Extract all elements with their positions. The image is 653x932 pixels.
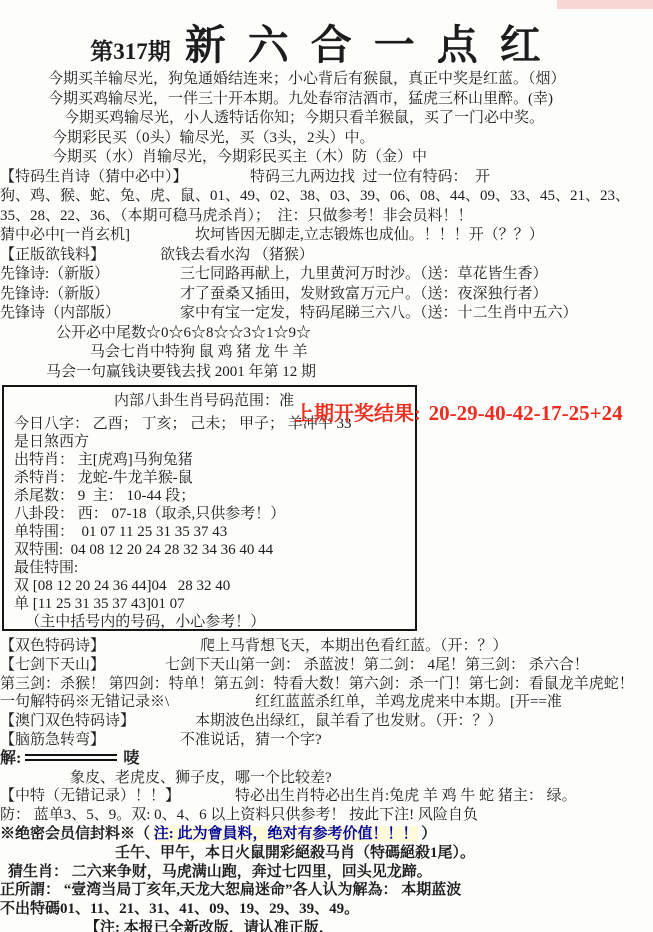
saying-line: 正所謂： “壹湾当局丁亥年,天龙大恕扁迷命”各人认为解為： 本期蓝波 <box>0 881 653 900</box>
bagua-line: 双 [08 12 20 24 36 44]04 28 32 40 <box>14 577 409 595</box>
brain-teaser-question: 不准说话，猜一个字? <box>180 732 322 748</box>
lucky-tails-line: 公开必中尾数☆0☆6☆8☆☆3☆1☆9☆ <box>0 324 653 344</box>
zhongte-row: 【中特（无错记录）！！】特必出生肖特必出生肖:兔虎 羊 鸡 牛 蛇 猪主： 绿。 <box>0 787 653 806</box>
one-xiao-label: 猜中必中[一肖玄机] <box>0 226 195 246</box>
seven-swords-row: 【七剑下天山】七剑下天山第一剑： 杀蓝波！第二剑： 4尾！第三剑： 杀六合！ <box>0 656 653 675</box>
bagua-line: （主中括号内的号码，小心参考！） <box>14 613 409 631</box>
brain-teaser-row: 【脑筋急转弯】不准说话，猜一个字? <box>0 731 653 750</box>
yuqian-row: 【正版欲钱料】欲钱去看水沟 （猪猴） <box>0 246 653 266</box>
one-xiao-verse: 坎坷皆因无脚走,立志锻炼也成仙。！！！开（？？） <box>195 227 544 243</box>
zhongte-label: 【中特（无错记录）！！】 <box>0 787 235 806</box>
zodiac-poem-row: 【特码生肖诗（猜中必中）】特码三九两边找 过一位有特码： 开 <box>0 168 653 188</box>
seven-swords-label: 【七剑下天山】 <box>0 656 165 675</box>
zhongte-line2: 防： 蓝单3、5、9。双: 0、4、6 以上资料只供参考！ 按此下注! 风险自负 <box>0 806 653 825</box>
macau-poem-label: 【澳门双色特码诗】 <box>0 712 195 731</box>
scan-smudge <box>557 0 653 9</box>
one-sentence-row: 一句解特码※无错记录※\红红蓝蓝杀红单，羊鸡龙虎来中本期。[开==准 <box>0 693 653 712</box>
excluded-numbers-line: 不出特碼01、11、21、31、41、09、19、29、39、49。 <box>0 900 653 919</box>
bagua-line: 是日煞西方 <box>14 433 409 451</box>
brain-teaser-label: 【脑筋急转弯】 <box>0 731 180 750</box>
page-title: 新六合一点红 <box>185 12 563 71</box>
bagua-line: 单 [11 25 31 35 37 43]01 07 <box>14 595 409 613</box>
bagua-line: 双特围: 04 08 12 20 24 28 32 34 36 40 44 <box>14 541 409 559</box>
zodiac-numbers-line: 狗、鸡、猴、蛇、兔、虎、鼠、01、49、02、38、03、39、06、08、44… <box>0 187 653 207</box>
bagua-line: 杀尾数： 9 主： 10-44 段； <box>14 487 409 505</box>
one-xiao-row: 猜中必中[一肖玄机]坎坷皆因无脚走,立志锻炼也成仙。！！！开（？？） <box>0 226 653 246</box>
intro-line: 今期彩民买（0头）输尽光，买（3头，2头）中。 <box>0 129 653 149</box>
pioneer-poem-row: 先锋诗:（新版）三七同路再献上，九里黄河万时沙。（送：草花皆生香） <box>0 265 653 285</box>
intro-line: 今期买鸡输尽光，小人透特话你知；今期只看羊猴鼠，买了一门必中奖。 <box>0 109 653 129</box>
member-note-prefix: ※绝密会员信封料※（ <box>0 826 154 842</box>
bagua-line: 最佳特围: <box>14 559 409 577</box>
zhongte-verse: 特必出生肖特必出生肖:兔虎 羊 鸡 牛 蛇 猪主： 绿。 <box>235 788 577 804</box>
pioneer-poem-verse: 才了蚕桑又插田，发财致富万元户。（送：夜深独行者） <box>180 286 548 302</box>
pioneer-poem-verse: 家中有宝一定发，特码尾睇三六八。（送：十二生肖中五六） <box>180 305 578 321</box>
intro-line: 今期买鸡输尽光，一伴三十开本期。九处春帘洁酒市，猛虎三杯山里醉。(幸) <box>0 90 653 110</box>
pioneer-poem-row: 先锋诗（内部版）家中有宝一定发，特码尾睇三六八。（送：十二生肖中五六） <box>0 304 653 324</box>
one-sentence-label: 一句解特码※无错记录※\ <box>0 693 255 712</box>
pioneer-poem-label: 先锋诗（内部版） <box>0 304 180 324</box>
bagua-line: 单特围： 01 07 11 25 31 35 37 43 <box>14 523 409 541</box>
yuqian-label: 【正版欲钱料】 <box>0 246 160 266</box>
footer-note: 【注: 本报已全新改版，请认准正版， <box>0 919 653 932</box>
pioneer-poem-label: 先锋诗:（新版） <box>0 265 180 285</box>
guess-zodiac-line: 猜生肖： 二六来争财，马虎满山跑，奔过七四里，回头见龙蹄。 <box>0 863 653 882</box>
brain-teaser-answer-row: 解:唛 <box>0 750 653 769</box>
brain-teaser-hint: 象皮、老虎皮、狮子皮，哪一个比较差? <box>0 769 653 788</box>
macau-poem-row: 【澳门双色特码诗】本期波色出绿红，鼠羊看了也发财。（开：？） <box>0 712 653 731</box>
seven-xiao-line: 马会七肖中特狗 鼠 鸡 猪 龙 牛 羊 <box>0 343 653 363</box>
two-color-poem-verse: 爬上马背想飞天，本期出色看红蓝。（开：？） <box>200 638 508 654</box>
seven-swords-verse: 七剑下天山第一剑： 杀蓝波！第二剑： 4尾！第三剑： 杀六合！ <box>165 657 589 673</box>
last-draw-result: 上期开奖结果:20-29-40-42-17-25+24 <box>294 397 623 426</box>
win-money-line: 马会一句赢钱诀要钱去找 2001 年第 12 期 <box>0 363 653 383</box>
macau-poem-verse: 本期波色出绿红，鼠羊看了也发财。（开：？） <box>195 713 503 729</box>
intro-line: 今期买羊输尽光，狗兔通婚结连来；小心背后有猴鼠，真正中奖是红蓝。（烟） <box>0 70 653 90</box>
answer-prefix: 解: <box>0 750 21 767</box>
top-section: 今期买羊输尽光，狗兔通婚结连来；小心背后有猴鼠，真正中奖是红蓝。（烟） 今期买鸡… <box>0 70 653 382</box>
two-color-poem-label: 【双色特码诗】 <box>0 637 200 656</box>
two-color-poem-row: 【双色特码诗】爬上马背想飞天，本期出色看红蓝。（开：？） <box>0 637 653 656</box>
one-sentence-verse: 红红蓝蓝杀红单，羊鸡龙虎来中本期。[开==准 <box>255 694 562 710</box>
last-draw-result-label: 上期开奖结果: <box>294 403 421 425</box>
zodiac-poem-label: 【特码生肖诗（猜中必中）】 <box>0 168 250 188</box>
masthead: 第317期 新六合一点红 <box>0 0 653 70</box>
member-kill-line: 壬午、甲午，本日火鼠開彩絕殺马肖（特碼絕殺1尾）。 <box>0 844 653 863</box>
member-note-text: 注: 此为會員料，绝对有参考价值！！！ <box>154 826 418 842</box>
newspaper-page: 第317期 新六合一点红 今期买羊输尽光，狗兔通婚结连来；小心背后有猴鼠，真正中… <box>0 0 653 932</box>
issue-number: 第317期 <box>90 33 171 66</box>
last-draw-result-numbers: 20-29-40-42-17-25+24 <box>429 401 623 425</box>
answer-strike-line <box>25 754 117 761</box>
pioneer-poem-row: 先锋诗:（新版）才了蚕桑又插田，发财致富万元户。（送：夜深独行者） <box>0 285 653 305</box>
bagua-line: 出特肖： 主[虎鸡]马狗兔猪 <box>14 451 409 469</box>
pioneer-poem-verse: 三七同路再献上，九里黄河万时沙。（送：草花皆生香） <box>180 266 548 282</box>
seven-swords-line2: 第三剑：杀猴！ 第四剑：特单！第五剑：特看大数！第六剑：杀一门！第七剑：看鼠龙羊… <box>0 675 653 694</box>
member-note-row: ※绝密会员信封料※（ 注: 此为會員料，绝对有参考价值！！！ ） <box>0 825 653 844</box>
bagua-line: 八卦段： 西： 07-18（取杀,只供参考！） <box>14 505 409 523</box>
zodiac-poem-verse: 特码三九两边找 过一位有特码： 开 <box>250 169 490 185</box>
bagua-line: 杀特肖： 龙蛇-牛龙羊猴-鼠 <box>14 469 409 487</box>
yuqian-verse: 欲钱去看水沟 （猪猴） <box>160 247 314 263</box>
member-note-suffix: ） <box>418 826 437 842</box>
zodiac-numbers-line: 35、28、22、36、（本期可稳马虎杀肖）； 注：只做参考！非会员料！！ <box>0 207 653 227</box>
bagua-section: 内部八卦生肖号码范围：准 今日八字： 乙酉； 丁亥； 己未； 甲子； 羊冲牛 3… <box>2 385 653 635</box>
answer-character: 唛 <box>123 750 139 767</box>
intro-line: 今期买（水）肖输尽光，今期彩民买主（木）防（金）中 <box>0 148 653 168</box>
pioneer-poem-label: 先锋诗:（新版） <box>0 285 180 305</box>
bottom-section: 【双色特码诗】爬上马背想飞天，本期出色看红蓝。（开：？） 【七剑下天山】七剑下天… <box>0 637 653 932</box>
